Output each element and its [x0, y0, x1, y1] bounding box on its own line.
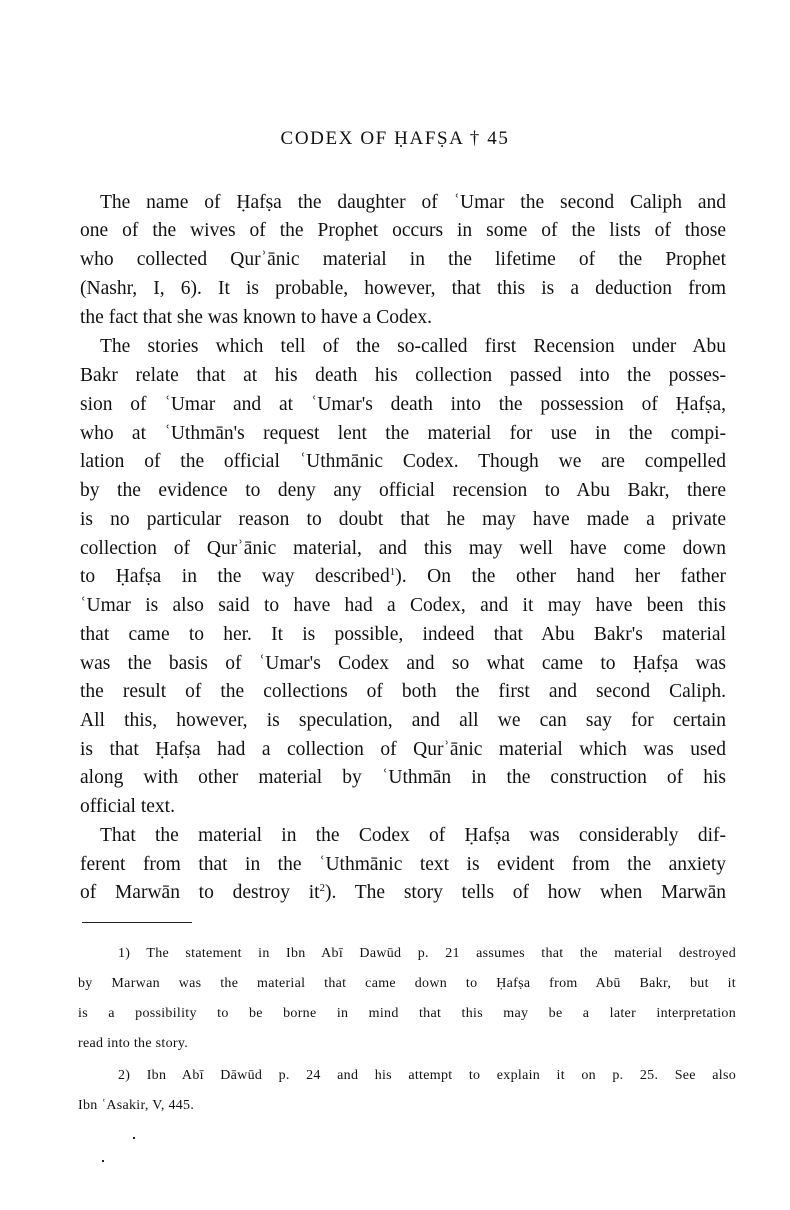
footnote-line: is a possibility to be borne in mind tha…: [78, 1006, 736, 1022]
text-line: collection of Qurʾānic material, and thi…: [80, 538, 726, 560]
scan-speck: [133, 1137, 135, 1139]
text-line: The name of Ḥafṣa the daughter of ʿUmar …: [100, 192, 726, 214]
text-segment: of Marwān to destroy it: [80, 882, 320, 903]
text-segment: ). The story tells of how when Marwān: [325, 882, 726, 903]
footnote-line: 2) Ibn Abī Dāwūd p. 24 and his attempt t…: [118, 1068, 736, 1084]
text-line: lation of the official ʿUthmānic Codex. …: [80, 451, 726, 473]
text-line: one of the wives of the Prophet occurs i…: [80, 220, 726, 242]
text-line: is that Ḥafṣa had a collection of Qurʾān…: [80, 739, 726, 761]
text-line: along with other material by ʿUthmān in …: [80, 767, 726, 789]
text-line: by the evidence to deny any official rec…: [80, 480, 726, 502]
text-line: ferent from that in the ʿUthmānic text i…: [80, 854, 726, 876]
text-line: All this, however, is speculation, and a…: [80, 710, 726, 732]
text-line: Bakr relate that at his death his collec…: [80, 365, 726, 387]
scan-speck: [102, 1160, 104, 1162]
text-line: sion of ʿUmar and at ʿUmar's death into …: [80, 394, 726, 416]
footnote-line: by Marwan was the material that came dow…: [78, 976, 736, 992]
text-line-with-footnote: of Marwān to destroy it2). The story tel…: [80, 882, 726, 904]
text-segment: to Ḥafṣa in the way described: [80, 566, 390, 587]
text-line: the result of the collections of both th…: [80, 681, 726, 703]
text-line-with-footnote: to Ḥafṣa in the way described1). On the …: [80, 566, 726, 588]
text-segment: ). On the other hand her father: [395, 566, 726, 587]
text-line: The stories which tell of the so-called …: [100, 336, 726, 358]
text-line: That the material in the Codex of Ḥafṣa …: [100, 825, 726, 847]
text-line: who at ʿUthmān's request lent the materi…: [80, 423, 726, 445]
text-line: is no particular reason to doubt that he…: [80, 509, 726, 531]
footnote-separator: [82, 922, 192, 923]
text-line: ʿUmar is also said to have had a Codex, …: [80, 595, 726, 617]
text-line: who collected Qurʾānic material in the l…: [80, 249, 726, 271]
text-line: was the basis of ʿUmar's Codex and so wh…: [80, 653, 726, 675]
text-line: the fact that she was known to have a Co…: [80, 307, 726, 329]
text-line: that came to her. It is possible, indeed…: [80, 624, 726, 646]
text-line: (Nashr, I, 6). It is probable, however, …: [80, 278, 726, 300]
footnote-line: Ibn ʿAsakir, V, 445.: [78, 1098, 736, 1114]
footnote-line: 1) The statement in Ibn Abī Dawūd p. 21 …: [118, 946, 736, 962]
text-line: official text.: [80, 796, 726, 818]
footnote-line: read into the story.: [78, 1036, 736, 1052]
running-title: CODEX OF ḤAFṢA † 45: [0, 128, 790, 150]
